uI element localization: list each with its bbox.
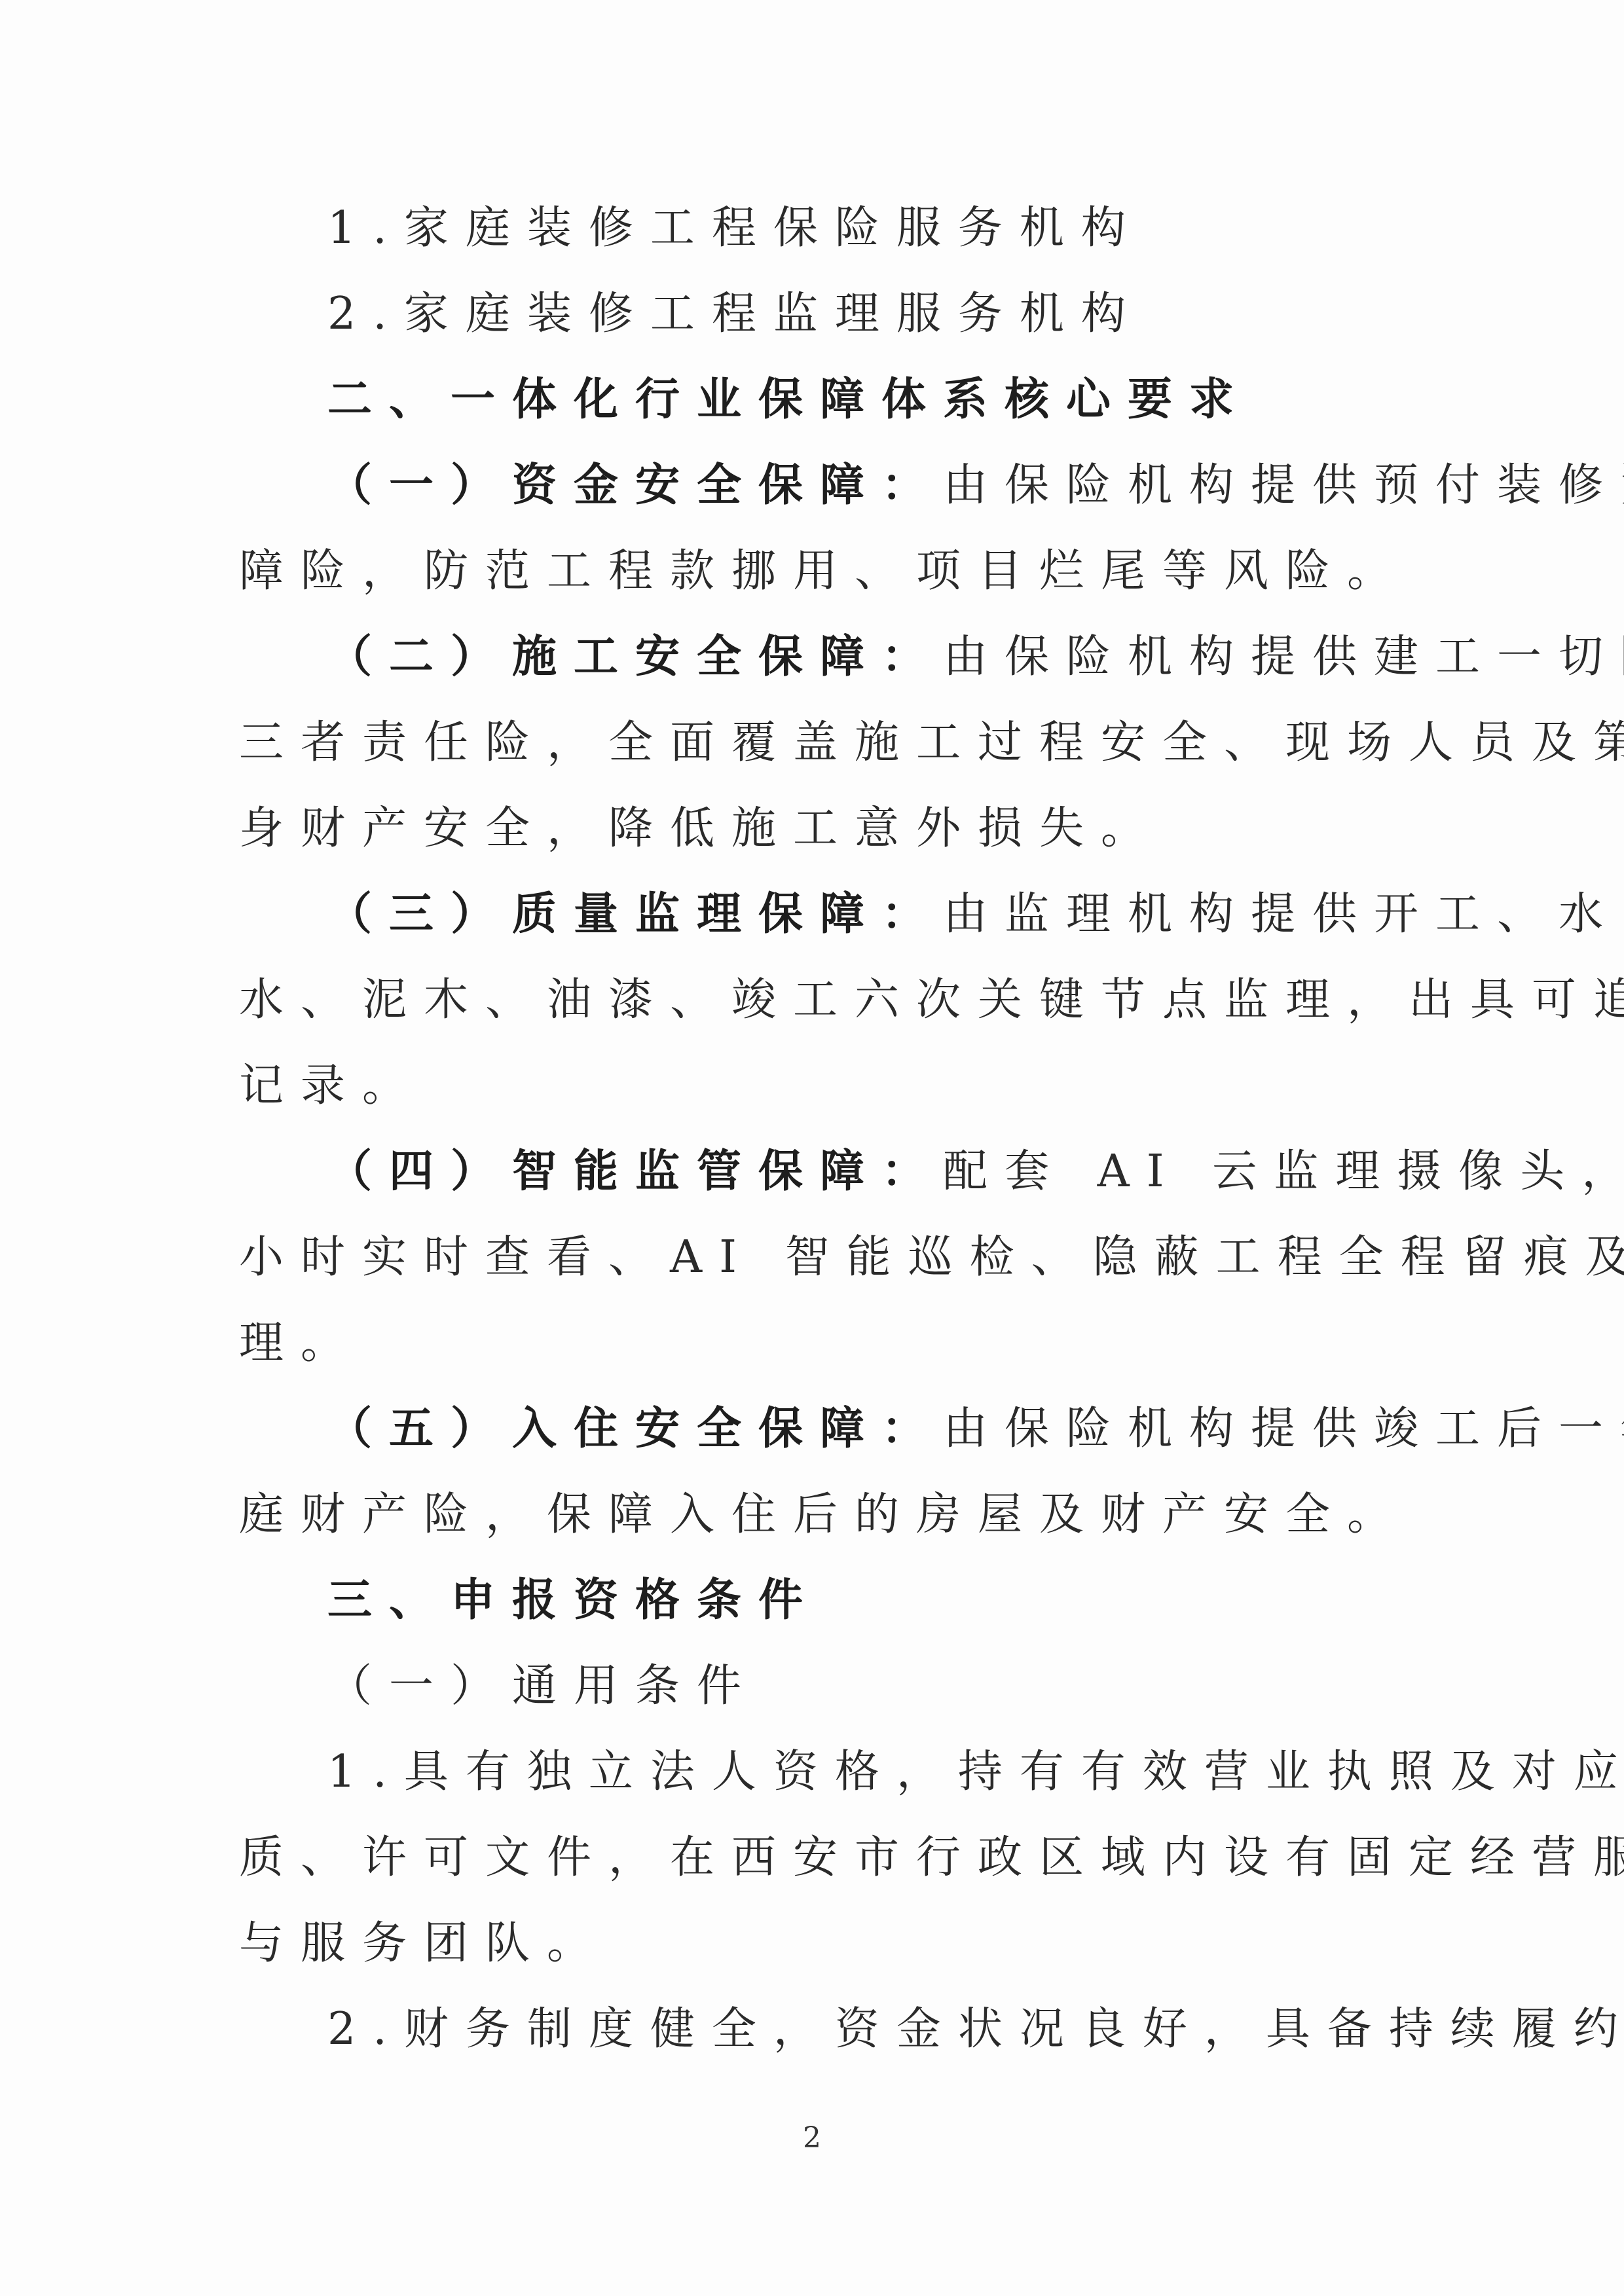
line-text: 由监理机构提供开工、水电、防 bbox=[943, 888, 1624, 940]
line-text: 1.家庭装修工程保险服务机构 bbox=[327, 202, 1143, 254]
subsection-heading: （二）施工安全保障： bbox=[327, 630, 943, 683]
paragraph-line: （五）入住安全保障：由保险机构提供竣工后一年期家 bbox=[327, 1386, 1460, 1472]
paragraph-line: 记录。 bbox=[239, 1043, 1372, 1129]
paragraph-line: 身财产安全，降低施工意外损失。 bbox=[239, 786, 1372, 871]
line-text: 由保险机构提供竣工后一年期家 bbox=[943, 1403, 1624, 1455]
line-text: 理。 bbox=[239, 1317, 362, 1369]
line-text: 2.财务制度健全，资金状况良好，具备持续履约与服务 bbox=[327, 2003, 1624, 2055]
line-text: 2.家庭装修工程监理服务机构 bbox=[327, 288, 1143, 340]
paragraph-line: 与服务团队。 bbox=[239, 1901, 1372, 1986]
page-number: 2 bbox=[0, 2121, 1624, 2155]
line-text: 水、泥木、油漆、竣工六次关键节点监理，出具可追溯验收 bbox=[239, 974, 1624, 1026]
line-text: 二、一体化行业保障体系核心要求 bbox=[327, 373, 1251, 426]
paragraph-line: 庭财产险，保障入住后的房屋及财产安全。 bbox=[239, 1472, 1372, 1558]
line-text: 质、许可文件，在西安市行政区域内设有固定经营服务场所 bbox=[239, 1832, 1624, 1884]
line-text: 小时实时查看、AI 智能巡检、隐蔽工程全程留痕及数字化管 bbox=[239, 1231, 1624, 1283]
line-text: （一）通用条件 bbox=[327, 1660, 758, 1712]
line-text: 1.具有独立法人资格，持有有效营业执照及对应行业资 bbox=[327, 1746, 1624, 1798]
line-text: 三、申报资格条件 bbox=[327, 1574, 820, 1626]
paragraph-line: （四）智能监管保障：配套 AI 云监理摄像头，实现 24 bbox=[327, 1129, 1460, 1214]
paragraph-line: 2.财务制度健全，资金状况良好，具备持续履约与服务 bbox=[327, 1986, 1460, 2072]
paragraph-line: 小时实时查看、AI 智能巡检、隐蔽工程全程留痕及数字化管 bbox=[239, 1214, 1372, 1300]
paragraph-line: （二）施工安全保障：由保险机构提供建工一切险、第 bbox=[327, 614, 1460, 700]
subsection-heading: （一）资金安全保障： bbox=[327, 459, 943, 511]
paragraph-line: 1.具有独立法人资格，持有有效营业执照及对应行业资 bbox=[327, 1729, 1460, 1815]
paragraph-line: （三）质量监理保障：由监理机构提供开工、水电、防 bbox=[327, 871, 1460, 957]
paragraph-line: 2.家庭装修工程监理服务机构 bbox=[327, 271, 1460, 357]
line-text: 配套 AI 云监理摄像头，实现 24 bbox=[943, 1146, 1624, 1197]
subsection-heading: （五）入住安全保障： bbox=[327, 1402, 943, 1455]
section-heading: 二、一体化行业保障体系核心要求 bbox=[327, 357, 1460, 443]
line-text: 由保险机构提供建工一切险、第 bbox=[943, 631, 1624, 683]
paragraph-line: 1.家庭装修工程保险服务机构 bbox=[327, 185, 1460, 271]
line-text: 身财产安全，降低施工意外损失。 bbox=[239, 803, 1162, 854]
line-text: 记录。 bbox=[239, 1060, 424, 1112]
line-text: 与服务团队。 bbox=[239, 1918, 608, 1969]
paragraph-line: （一）资金安全保障：由保险机构提供预付装修资金保 bbox=[327, 443, 1460, 528]
paragraph-line: 质、许可文件，在西安市行政区域内设有固定经营服务场所 bbox=[239, 1815, 1372, 1901]
subsection-heading: （四）智能监管保障： bbox=[327, 1145, 943, 1197]
section-heading: 三、申报资格条件 bbox=[327, 1558, 1460, 1643]
paragraph-line: 水、泥木、油漆、竣工六次关键节点监理，出具可追溯验收 bbox=[239, 957, 1372, 1043]
paragraph-line: 障险，防范工程款挪用、项目烂尾等风险。 bbox=[239, 528, 1372, 614]
document-page: 1.家庭装修工程保险服务机构2.家庭装修工程监理服务机构二、一体化行业保障体系核… bbox=[0, 0, 1624, 2296]
line-text: 障险，防范工程款挪用、项目烂尾等风险。 bbox=[239, 545, 1409, 597]
line-text: 三者责任险，全面覆盖施工过程安全、现场人员及第三方人 bbox=[239, 717, 1624, 769]
paragraph-line: （一）通用条件 bbox=[327, 1643, 1460, 1729]
line-text: 庭财产险，保障入住后的房屋及财产安全。 bbox=[239, 1489, 1409, 1540]
paragraph-line: 理。 bbox=[239, 1300, 1372, 1386]
paragraph-line: 三者责任险，全面覆盖施工过程安全、现场人员及第三方人 bbox=[239, 700, 1372, 786]
subsection-heading: （三）质量监理保障： bbox=[327, 888, 943, 940]
line-text: 由保险机构提供预付装修资金保 bbox=[943, 460, 1624, 511]
